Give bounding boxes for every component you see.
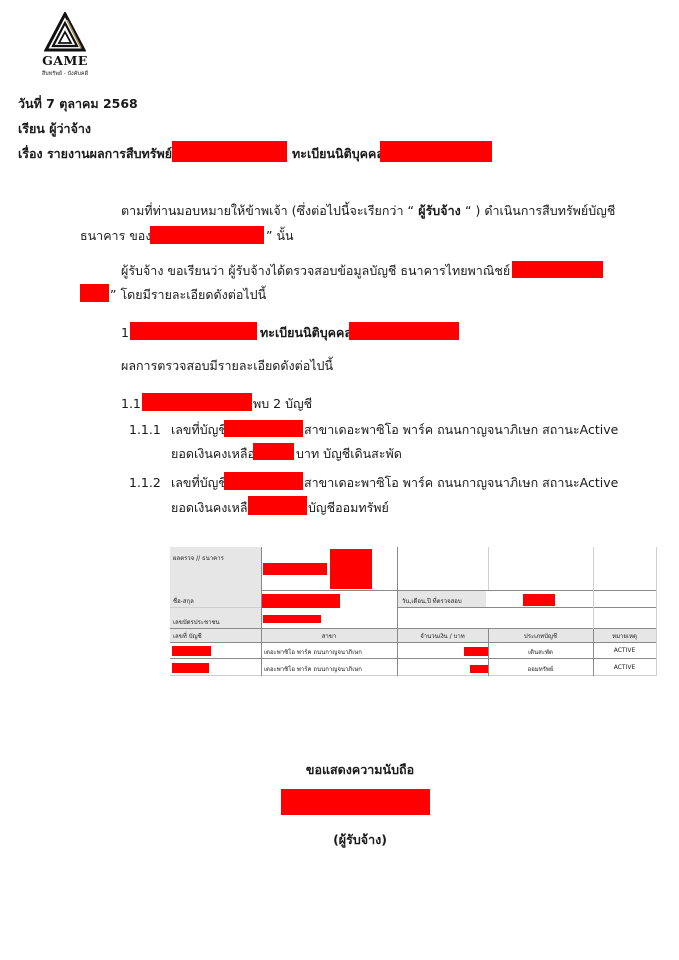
redacted-item1-registration: [349, 322, 459, 340]
redacted-item1-name: [130, 322, 257, 340]
redacted-account2-balance: [248, 496, 307, 515]
row1-branch: เดอะพาซิโอ พาร์ค ถนนกาญจนาภิเษก: [264, 647, 362, 657]
closing-regards: ขอแสดงความนับถือ: [0, 762, 679, 778]
redacted-row2-amount: [470, 665, 488, 673]
account2-branch-status: สาขาเดอะพาซิโอ พาร์ค ถนนกาญจนาภิเษก สถาน…: [304, 475, 618, 491]
para2-line2: ” โดยมีรายละเอียดดังต่อไปนี้: [110, 287, 266, 303]
para2-line1: ผู้รับจ้าง ขอเรียนว่า ผู้รับจ้างได้ตรวจส…: [121, 263, 554, 279]
account1-number: 1.1.1: [129, 422, 161, 438]
item11-found: พบ 2 บัญชี: [253, 396, 312, 412]
account1-balance-suffix: บาท บัญชีเดินสะพัด: [296, 446, 402, 462]
para1-line1: ตามที่ท่านมอบหมายให้ข้าพเจ้า (ซึ่งต่อไปน…: [121, 203, 615, 219]
redacted-subject-name: [172, 141, 287, 162]
redacted-row2-account-no: [172, 663, 209, 673]
account1-acct-label: เลขที่บัญชี: [171, 422, 227, 438]
row1-type: เดินสะพัด: [488, 647, 593, 657]
redacted-signature: [281, 789, 430, 815]
redacted-account-owner-a: [512, 261, 603, 278]
logo-tagline: สืบทรัพย์ - บังคับคดี: [34, 70, 96, 78]
redacted-account1-no: [224, 420, 303, 437]
item11-number: 1.1: [121, 396, 141, 412]
redacted-row1-account-no: [172, 646, 211, 656]
label-name: ชื่อ-สกุล: [173, 596, 194, 606]
company-logo: GAME สืบทรัพย์ - บังคับคดี: [34, 12, 96, 84]
label-id-card: เลขบัตรประชาชน: [173, 617, 220, 627]
account2-number: 1.1.2: [129, 475, 161, 491]
redacted-check-date: [523, 594, 555, 606]
label-result-bank: ผลตรวจ // ธนาคาร: [173, 553, 224, 563]
account1-balance-label: ยอดเงินคงเหลือ: [171, 446, 255, 462]
redacted-name: [262, 594, 340, 608]
redacted-account1-balance: [253, 443, 294, 460]
signer-role: (ผู้รับจ้าง): [0, 832, 679, 848]
account2-balance-label: ยอดเงินคงเหลือ: [171, 500, 255, 516]
account-summary-table: ผลตรวจ // ธนาคาร ชื่อ-สกุล วัน,เดือน,ปี …: [170, 547, 656, 676]
subject-prefix: เรื่อง รายงานผลการสืบทรัพย์: [18, 146, 172, 162]
para1-line2-end: ” นั้น: [266, 228, 294, 244]
redacted-bank-result: [263, 563, 327, 575]
redacted-account-owner-b: [80, 284, 109, 302]
col-header-account-type: ประเภทบัญชี: [488, 631, 593, 641]
row2-note: ACTIVE: [593, 664, 656, 671]
redacted-bank-logo: [330, 549, 372, 589]
account2-balance-suffix: บัญชีออมทรัพย์: [308, 500, 389, 516]
col-header-account-no: เลขที่ บัญชี: [173, 631, 202, 641]
date-line: วันที่ 7 ตุลาคม 2568: [18, 96, 138, 112]
item1-registration-label: ทะเบียนนิติบุคคล: [260, 325, 352, 341]
col-header-note: หมายเหตุ: [593, 631, 656, 641]
col-header-branch: สาขา: [261, 631, 397, 641]
item1-number: 1: [121, 325, 129, 341]
detail-intro: ผลการตรวจสอบมีรายละเอียดดังต่อไปนี้: [121, 358, 333, 374]
col-header-amount: จำนวนเงิน / บาท: [397, 631, 488, 641]
row1-note: ACTIVE: [593, 647, 656, 654]
row2-type: ออมทรัพย์: [488, 664, 593, 674]
logo-brand-text: GAME: [34, 53, 96, 68]
triangle-logo-icon: [44, 12, 86, 52]
redacted-subject-registration: [380, 141, 492, 162]
redacted-row1-amount: [464, 647, 488, 656]
account2-acct-label: เลขที่บัญชี: [171, 475, 227, 491]
redacted-account2-no: [224, 472, 303, 490]
row2-branch: เดอะพาซิโอ พาร์ค ถนนกาญจนาภิเษก: [264, 664, 362, 674]
subject-registration-label: ทะเบียนนิติบุคคล: [292, 146, 384, 162]
redacted-item11-name: [142, 393, 252, 411]
redacted-id-card: [263, 615, 321, 623]
to-line: เรียน ผู้ว่าจ้าง: [18, 121, 91, 137]
redacted-client-name: [150, 226, 264, 244]
account1-branch-status: สาขาเดอะพาซิโอ พาร์ค ถนนกาญจนาภิเษก สถาน…: [304, 422, 618, 438]
label-check-date: วัน,เดือน,ปี ที่ตรวจสอบ: [402, 596, 462, 606]
